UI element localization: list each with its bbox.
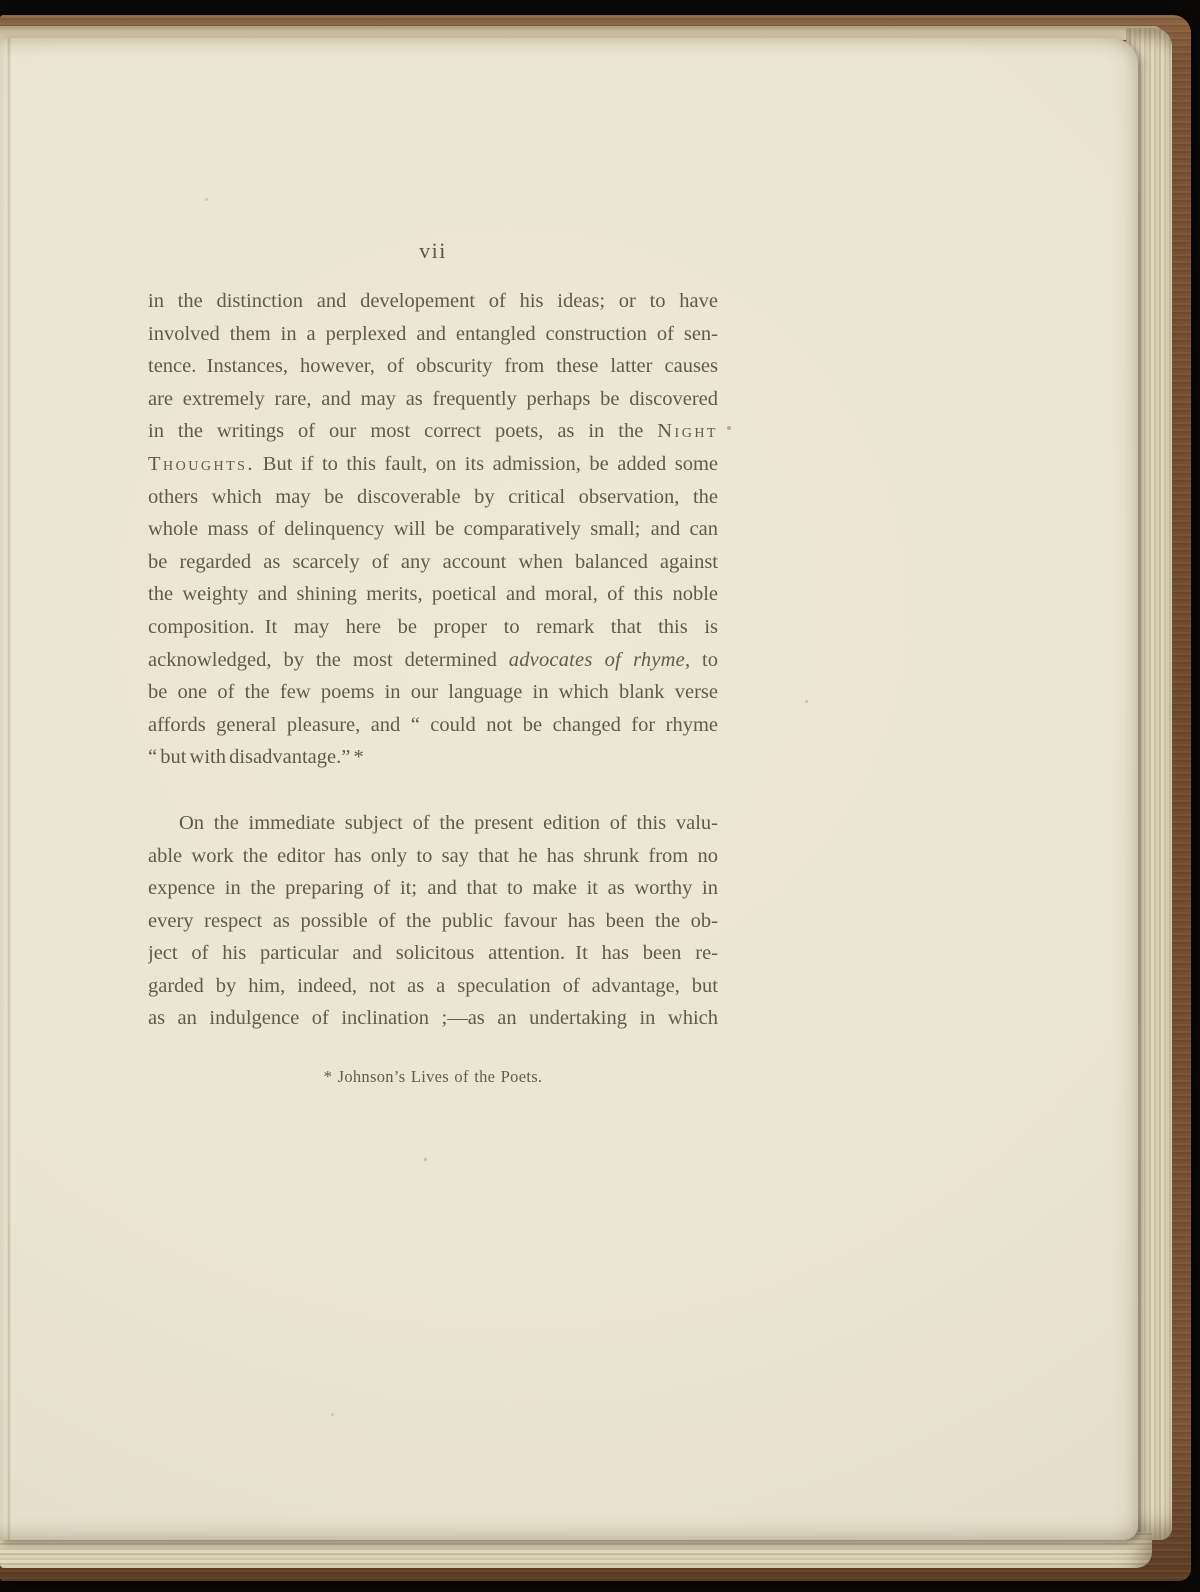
- text-line: every respect as possible of the public …: [148, 905, 718, 938]
- text-line: composition. It may here be proper to re…: [148, 611, 718, 644]
- paragraph: On the immediate subject of the present …: [148, 807, 718, 1035]
- text-line: as an indulgence of inclination ;—as an …: [148, 1002, 718, 1035]
- page-number: vii: [148, 238, 718, 264]
- text-line: garded by him, indeed, not as a speculat…: [148, 970, 718, 1003]
- text-block: in the distinction and developement of h…: [148, 285, 718, 1089]
- text-line: in the distinction and developement of h…: [148, 285, 718, 318]
- paper-speck: [205, 198, 208, 201]
- text-line: able work the editor has only to say tha…: [148, 840, 718, 873]
- book-scan: vii in the distinction and developement …: [0, 0, 1200, 1592]
- text-line: be one of the few poems in our language …: [148, 676, 718, 709]
- paper-speck: [424, 1158, 427, 1161]
- paper-speck: [805, 700, 808, 703]
- text-line: whole mass of delinquency will be compar…: [148, 513, 718, 546]
- paragraphs: in the distinction and developement of h…: [148, 285, 718, 1035]
- paper-speck: [727, 426, 731, 430]
- text-line: On the immediate subject of the present …: [148, 807, 718, 840]
- text-line: tence. Instances, however, of obscurity …: [148, 350, 718, 383]
- paragraph: in the distinction and developement of h…: [148, 285, 718, 774]
- text-line: involved them in a perplexed and entangl…: [148, 318, 718, 351]
- text-line: expence in the preparing of it; and that…: [148, 872, 718, 905]
- paper-speck: [331, 1413, 334, 1416]
- footnote: * Johnson’s Lives of the Poets.: [148, 1065, 718, 1089]
- text-line: others which may be discoverable by crit…: [148, 481, 718, 514]
- text-line: acknowledged, by the most determined adv…: [148, 644, 718, 677]
- text-line: the weighty and shining merits, poetical…: [148, 578, 718, 611]
- text-line: affords general pleasure, and “ could no…: [148, 709, 718, 742]
- book-page: vii in the distinction and developement …: [0, 38, 1138, 1540]
- gutter-fold-line: [7, 38, 11, 1540]
- text-line: ject of his particular and solicitous at…: [148, 937, 718, 970]
- text-line: be regarded as scarcely of any account w…: [148, 546, 718, 579]
- text-line: are extremely rare, and may as frequentl…: [148, 383, 718, 416]
- text-line: in the writings of our most correct poet…: [148, 415, 718, 448]
- text-line: Thoughts. But if to this fault, on its a…: [148, 448, 718, 481]
- text-line: “ but with disadvantage.” *: [148, 741, 718, 774]
